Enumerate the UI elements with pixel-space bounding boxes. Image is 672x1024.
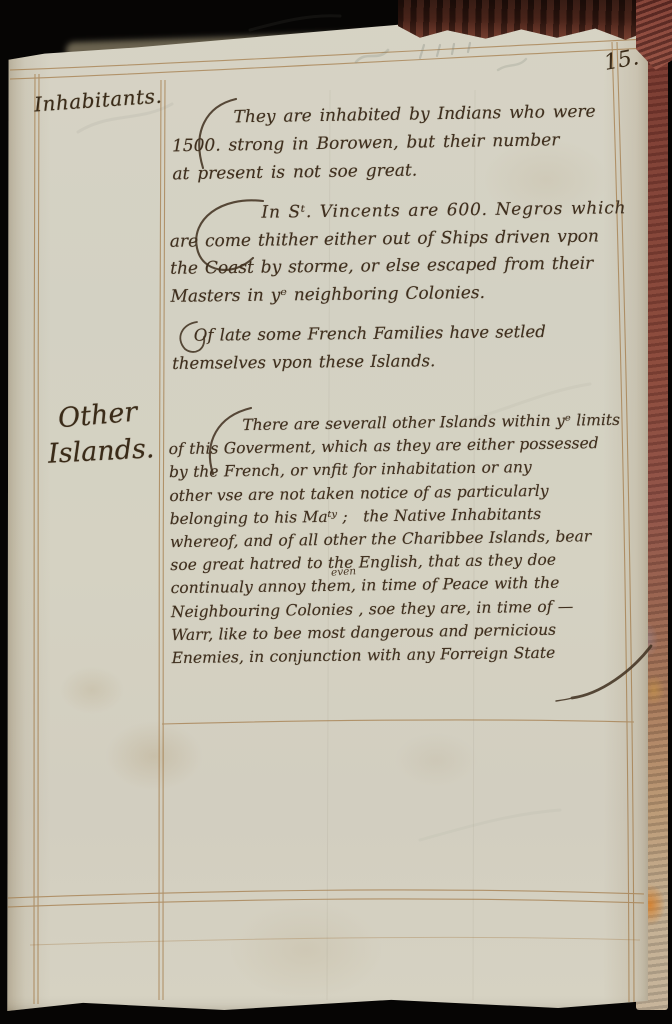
paragraph-french-families: Of late some French Families have setled… bbox=[172, 318, 546, 377]
inserted-word-even: even bbox=[331, 565, 357, 579]
manuscript-line: themselves vpon these Islands. bbox=[172, 346, 546, 377]
manuscript-line: the Coast by storme, or else escaped fro… bbox=[170, 250, 627, 283]
paragraph-st-vincents: In Sᵗ. Vincents are 600. Negros which ar… bbox=[169, 195, 627, 311]
manuscript-scan: 15. Inhabitants. Other Islands. They are… bbox=[0, 0, 672, 1024]
manuscript-line: Of late some French Families have setled bbox=[172, 318, 546, 349]
paragraph-inhabitants: They are inhabited by Indians who were 1… bbox=[171, 98, 596, 189]
manuscript-line: Masters in yᵉ neighboring Colonies. bbox=[170, 278, 627, 311]
paragraph-other-islands: There are severall other Islands within … bbox=[168, 409, 623, 671]
margin-heading-islands: Islands. bbox=[47, 433, 155, 470]
